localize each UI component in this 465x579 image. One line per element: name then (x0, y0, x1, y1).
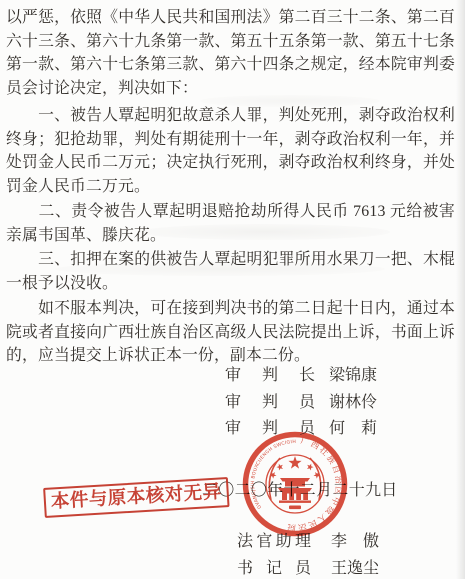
wheat-right (310, 458, 321, 500)
gate-roof-top (280, 478, 310, 482)
judgment-line: 亲属韦国革、滕庆花。 (6, 224, 455, 248)
judge-signature: 审判员谢林伶 (225, 390, 377, 417)
judgment-page: 以严惩，依照《中华人民共和国刑法》第二百三十二条、第二百六十三条、第六十九条第一… (0, 0, 465, 579)
wheat-left (269, 458, 280, 500)
paragraph: 如不服本判决，可在接到判决书的第二日起十日内，通过本院或者直接向广西壮族自治区高… (6, 297, 455, 368)
judge-signature-name: 谢林伶 (329, 390, 377, 417)
page-edge-shadow (456, 0, 465, 579)
judgment-body: 以严惩，依照《中华人民共和国刑法》第二百三十二条、第二百六十三条、第六十九条第一… (6, 6, 455, 368)
judgment-line: 六十三条、第六十九条第一款、第五十五条第一款、第五十七条 (6, 30, 455, 54)
paragraph: 三、扣押在案的供被告人覃起明犯罪所用水果刀一把、木棍一根予以没收。 (6, 248, 455, 295)
staff-signature-name: 王逸尘 (331, 555, 379, 579)
judgment-line: 第一款、第六十七条第三款、第六十四条之规定，经本院审判委 (6, 53, 455, 77)
judgment-line: 院或者直接向广西壮族自治区高级人民法院提出上诉，书面上诉 (6, 321, 455, 345)
small-star-icon (306, 462, 315, 470)
judgment-line: 二、责令被告人覃起明退赔抢劫所得人民币 7613 元给被害人 (6, 200, 455, 224)
judge-signature-role: 审判员 (225, 390, 315, 417)
small-star-icon (276, 462, 285, 470)
judgment-line: 如不服本判决，可在接到判决书的第二日起十日内，通过本 (6, 297, 455, 321)
judgment-line: 以严惩，依照《中华人民共和国刑法》第二百三十二条、第二百 (6, 6, 455, 30)
court-seal-icon: GVANGJSIH BOUXCUENGH SWCIGIH 广西壮族自治区中级人民… (233, 422, 357, 546)
judgment-line: 一根予以没收。 (6, 272, 455, 296)
staff-signature: 书记员王逸尘 (237, 555, 379, 579)
judge-signature: 审判长梁锦康 (225, 363, 377, 390)
national-emblem-icon (266, 455, 324, 513)
staff-signature-role: 书记员 (237, 555, 311, 579)
judgment-line: 处罚金人民币二万元；决定执行死刑，剥夺政治权利终身，并处 (6, 151, 455, 175)
paragraph: 以严惩，依照《中华人民共和国刑法》第二百三十二条、第二百六十三条、第六十九条第一… (6, 6, 455, 100)
judgment-line: 三、扣押在案的供被告人覃起明犯罪所用水果刀一把、木棍 (6, 248, 455, 272)
paragraph: 一、被告人覃起明犯故意杀人罪，判处死刑，剥夺政治权利终身；犯抢劫罪，判处有期徒刑… (6, 104, 455, 198)
judgment-line: 终身；犯抢劫罪，判处有期徒刑十一年，剥夺政治权利一年，并 (6, 128, 455, 152)
gate-roof-mid (278, 488, 312, 492)
gear-icon (289, 506, 301, 510)
gate-upper (285, 482, 305, 487)
judgment-line: 一、被告人覃起明犯故意杀人罪，判处死刑，剥夺政治权利 (6, 104, 455, 128)
judgment-line: 员会讨论决定，判决如下： (6, 77, 455, 101)
paragraph: 二、责令被告人覃起明退赔抢劫所得人民币 7613 元给被害人亲属韦国革、滕庆花。 (6, 200, 455, 247)
judge-signature-name: 梁锦康 (329, 363, 377, 390)
judge-signature-role: 审判长 (225, 363, 315, 390)
judgment-line: 罚金人民币二万元。 (6, 175, 455, 199)
gate-platform (279, 501, 311, 503)
verification-stamp: 本件与原本核对无异 (43, 477, 229, 518)
big-star-icon (288, 456, 301, 468)
